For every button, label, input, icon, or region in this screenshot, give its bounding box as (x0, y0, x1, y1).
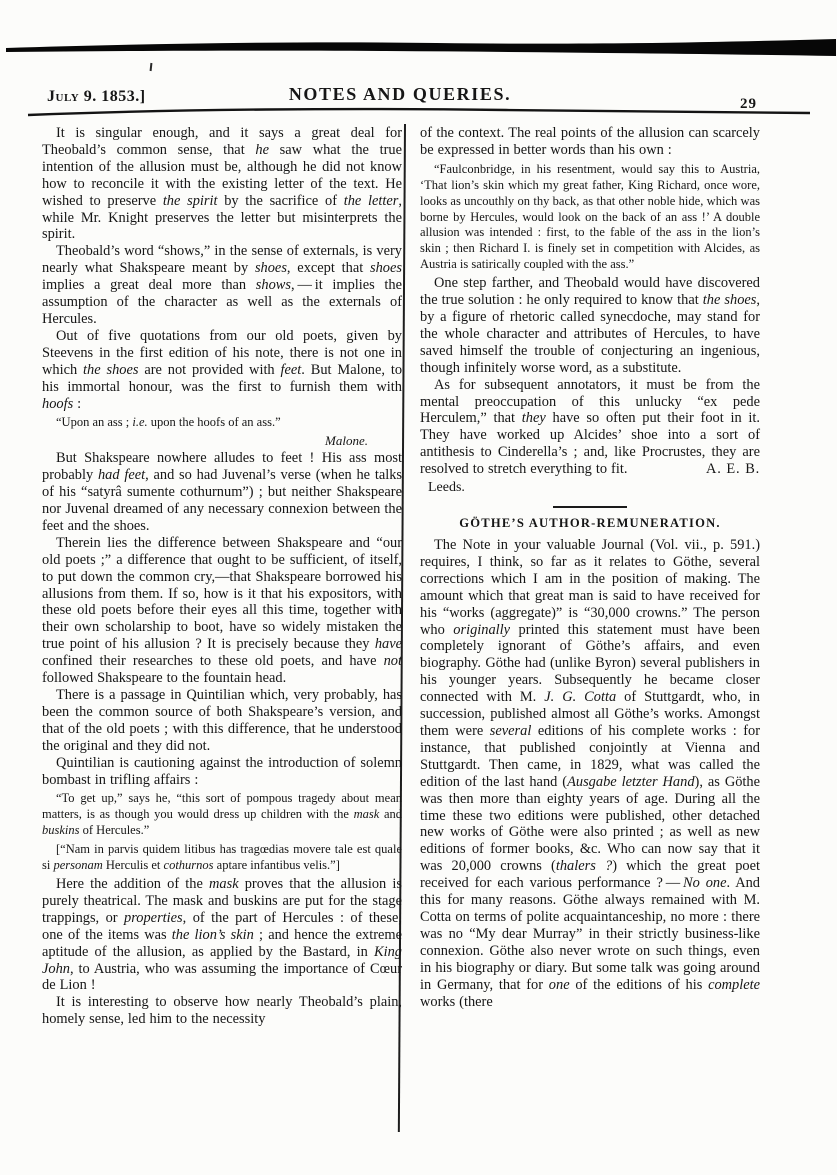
quote-attribution: Malone. (42, 433, 368, 448)
paragraph: Here the addition of the mask proves tha… (42, 876, 402, 994)
paragraph: One step farther, and Theobald would hav… (420, 275, 760, 376)
paragraph: As for subsequent annotators, it must be… (420, 377, 760, 478)
scan-top-border (6, 38, 836, 60)
paragraph: But Shakspeare nowhere alludes to feet !… (42, 450, 402, 535)
paragraph: There is a passage in Quintilian which, … (42, 687, 402, 755)
quote-block: “To get up,” says he, “this sort of pomp… (42, 791, 402, 839)
journal-title: NOTES AND QUERIES. (40, 84, 760, 105)
paragraph: It is interesting to observe how nearly … (42, 994, 402, 1028)
paragraph: The Note in your valuable Journal (Vol. … (420, 537, 760, 1010)
scanned-page: July 9. 1853.] NOTES AND QUERIES. 29 It … (0, 0, 837, 1175)
quote-block: “Upon an ass ; i.e. upon the hoofs of an… (42, 415, 402, 431)
quote-block: “Faulconbridge, in his resentment, would… (420, 162, 760, 273)
place-line: Leeds. (428, 479, 760, 496)
section-heading: GÖTHE’S AUTHOR-REMUNERATION. (420, 516, 760, 531)
paragraph: Quintilian is cautioning against the int… (42, 755, 402, 789)
paragraph: of the context. The real points of the a… (420, 125, 760, 159)
header-rule (26, 106, 812, 118)
left-column: It is singular enough, and it says a gre… (42, 125, 402, 1028)
paragraph: Out of five quotations from our old poet… (42, 328, 402, 413)
paragraph: Therein lies the difference between Shak… (42, 535, 402, 687)
scan-speck (150, 63, 153, 71)
paragraph: It is singular enough, and it says a gre… (42, 125, 402, 243)
paragraph: Theobald’s word “shows,” in the sense of… (42, 243, 402, 328)
quote-block: [“Nam in parvis quidem litibus has tragœ… (42, 842, 402, 874)
signature: A. E. B. (692, 461, 760, 478)
right-column: of the context. The real points of the a… (420, 125, 760, 1010)
section-divider (553, 506, 627, 508)
